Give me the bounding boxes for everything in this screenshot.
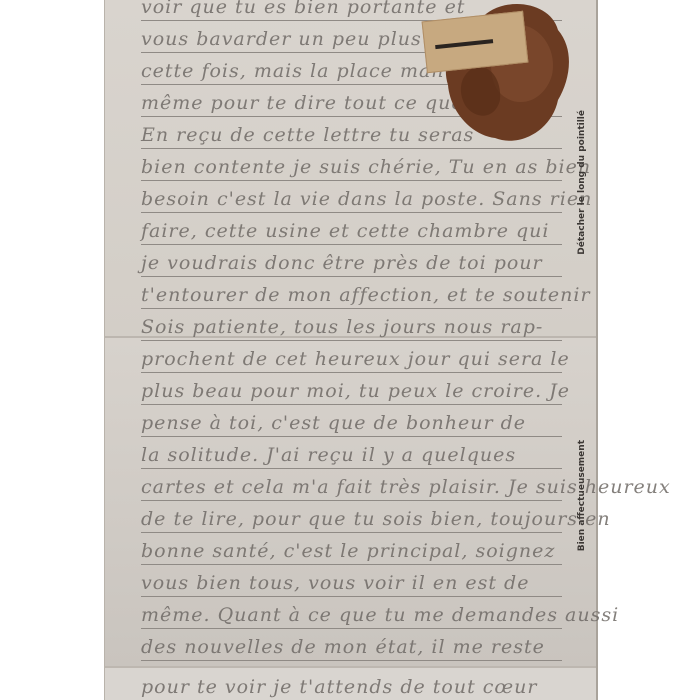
handwritten-line: même. Quant à ce que tu me demandes auss… <box>141 596 562 629</box>
handwritten-line: prochent de cet heureux jour qui sera le <box>141 340 562 373</box>
paper-label-tag <box>422 11 529 73</box>
handwritten-line: de te lire, pour que tu sois bien, toujo… <box>141 500 562 533</box>
handwritten-line: cartes et cela m'a fait très plaisir. Je… <box>141 468 562 501</box>
handwritten-line: faire, cette usine et cette chambre qui <box>141 212 562 245</box>
closing-printed-text: Bien affectueusement <box>577 440 587 551</box>
handwritten-line: pense à toi, c'est que de bonheur de <box>141 404 562 437</box>
handwritten-line: la solitude. J'ai reçu il y a quelques <box>141 436 562 469</box>
handwritten-line: bien contente je suis chérie, Tu en as b… <box>141 148 562 181</box>
handwritten-line: besoin c'est la vie dans la poste. Sans … <box>141 180 562 213</box>
letter-panel-bottom: pour te voir je t'attends de tout cœur <box>105 666 596 700</box>
handwritten-line: pour te voir je t'attends de tout cœur <box>141 668 562 700</box>
tag-mark <box>435 39 493 49</box>
handwritten-line: vous bien tous, vous voir il en est de <box>141 564 562 597</box>
handwritten-line: je voudrais donc être près de toi pour <box>141 244 562 277</box>
handwritten-line: des nouvelles de mon état, il me reste <box>141 628 562 661</box>
detach-instruction-text: Détacher le long du pointillé <box>577 110 587 255</box>
handwritten-line: t'entourer de mon affection, et te soute… <box>141 276 562 309</box>
handwritten-line: Sois patiente, tous les jours nous rap- <box>141 308 562 341</box>
letter-panel-middle: Sois patiente, tous les jours nous rap- … <box>105 336 596 668</box>
handwritten-line: plus beau pour moi, tu peux le croire. J… <box>141 372 562 405</box>
handwritten-line: bonne santé, c'est le principal, soignez <box>141 532 562 565</box>
